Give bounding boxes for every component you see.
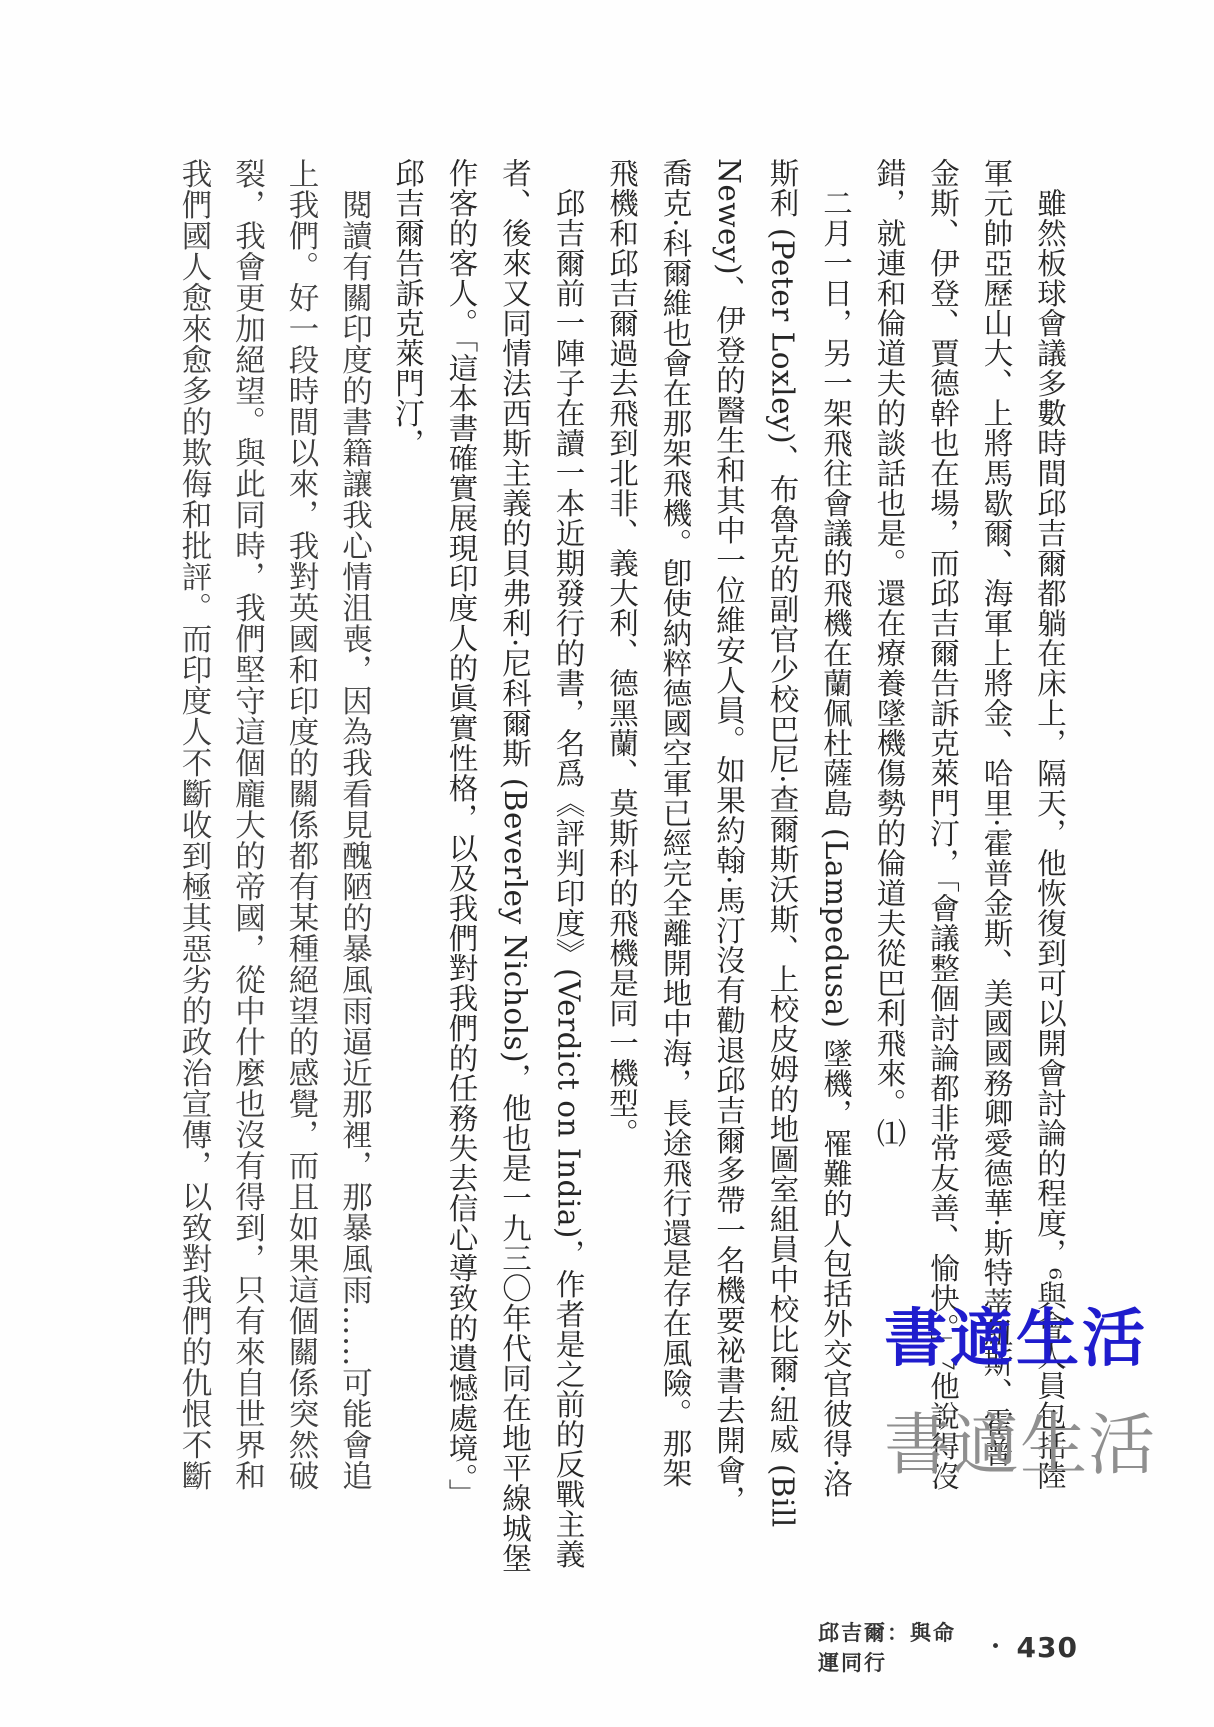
body-text: 雖然板球會議多數時間邱吉爾都躺在床上，隔天，他恢復到可以開會討論的程度，⁶與會人… [167,158,1077,1498]
book-page: 雖然板球會議多數時間邱吉爾都躺在床上，隔天，他恢復到可以開會討論的程度，⁶與會人… [0,0,1214,1727]
paragraph: 二月一日，另一架飛往會議的飛機在蘭佩杜薩島 (Lampedusa) 墜機，罹難的… [595,158,863,1498]
paragraph: 雖然板球會議多數時間邱吉爾都躺在床上，隔天，他恢復到可以開會討論的程度，⁶與會人… [862,158,1076,1498]
paragraph: 閱讀有關印度的書籍讓我心情沮喪，因為我看見醜陋的暴風雨逼近那裡，那暴風雨……可能… [167,158,381,1498]
footer-separator-bullet: • [991,1637,1001,1657]
footer: 邱吉爾：與命運同行 • 430 [818,1617,1078,1677]
footer-book-title: 邱吉爾：與命運同行 [818,1617,969,1677]
footer-page-number: 430 [1017,1631,1078,1664]
paragraph: 邱吉爾前一陣子在讀一本近期發行的書，名爲《評判印度》(Verdict on In… [381,158,595,1498]
